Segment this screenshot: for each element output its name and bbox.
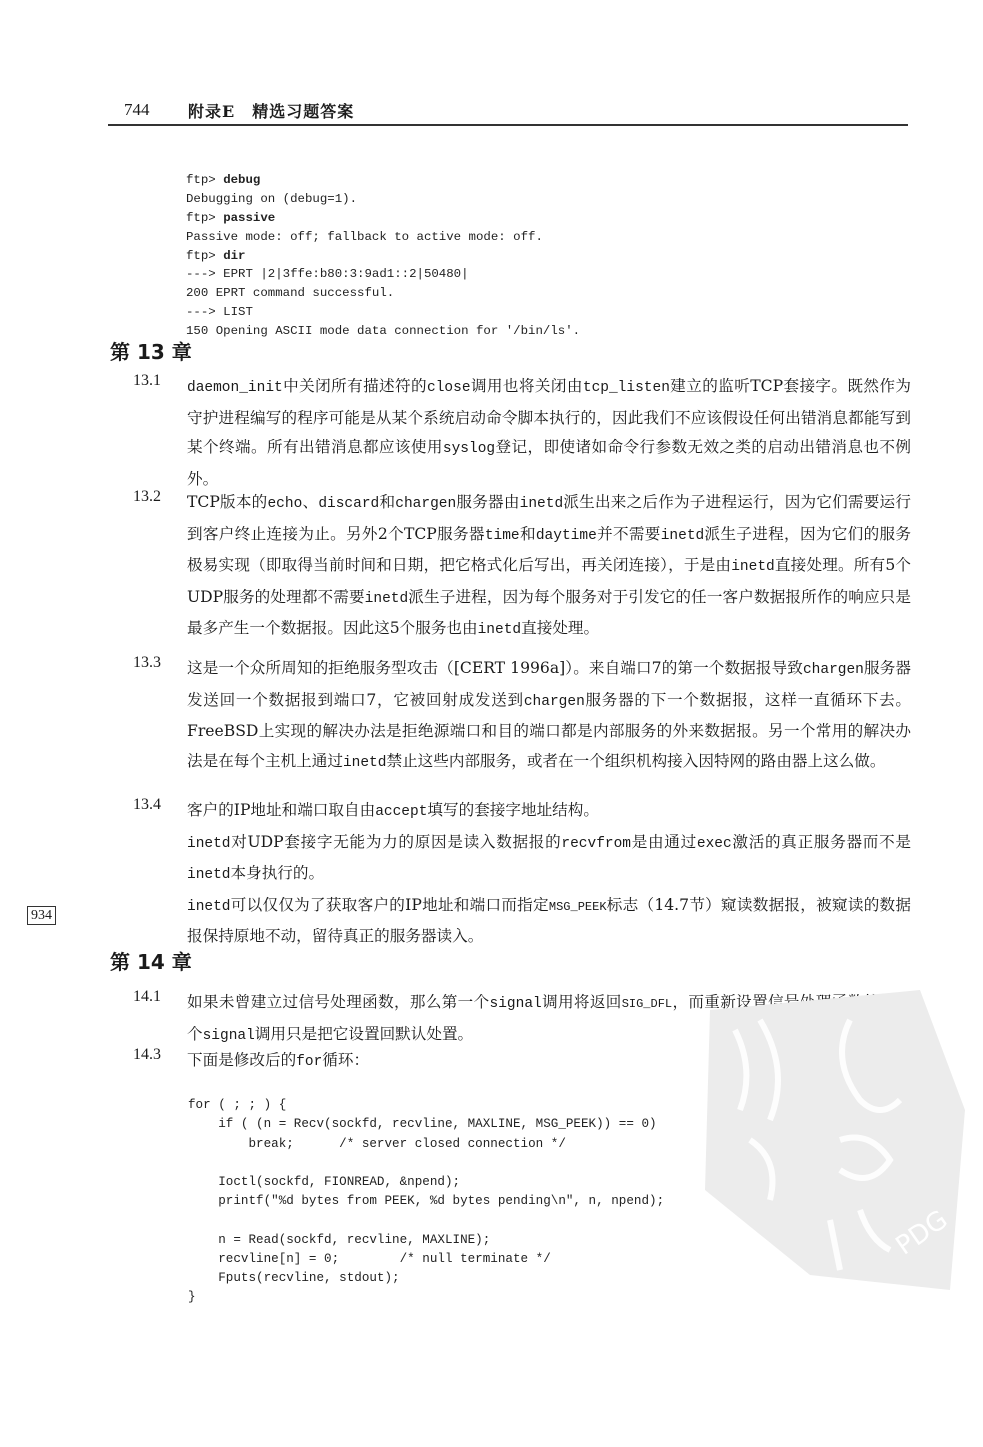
code-line: printf("%d bytes from PEEK, %d bytes pen… <box>188 1194 664 1208</box>
exercise-answer: 下面是修改后的for循环： <box>187 1046 911 1078</box>
code-line: 150 Opening ASCII mode data connection f… <box>186 324 580 338</box>
for-loop-code-listing: for ( ; ; ) { if ( (n = Recv(sockfd, rec… <box>188 1077 664 1307</box>
code-line: n = Read(sockfd, recvline, MAXLINE); <box>188 1233 490 1247</box>
exercise-number: 13.2 <box>133 488 161 506</box>
answer-paragraph: inetd对UDP套接字无能为力的原因是读入数据报的recvfrom是由通过ex… <box>187 828 911 891</box>
code-line: break; /* server closed connection */ <box>188 1137 566 1151</box>
code-line: Debugging on (debug=1). <box>186 192 357 206</box>
running-title: 附录E 精选习题答案 <box>188 99 354 122</box>
original-page-marker: 934 <box>27 906 56 925</box>
exercise-number: 14.1 <box>133 988 161 1006</box>
code-line: for ( ; ; ) { <box>188 1098 286 1112</box>
exercise-number: 14.3 <box>133 1046 161 1064</box>
code-line: ---> LIST <box>186 305 253 319</box>
code-line: ftp> dir <box>186 249 246 263</box>
chapter-heading-14: 第 14 章 <box>110 946 192 975</box>
chapter-heading-13: 第 13 章 <box>110 336 192 365</box>
running-header: 744 附录E 精选习题答案 <box>108 98 908 126</box>
exercise-number: 13.4 <box>133 796 161 814</box>
code-line: ftp> passive <box>186 211 275 225</box>
exercise-answer: 如果未曾建立过信号处理函数，那么第一个signal调用将返回SIG_DFL，而重… <box>187 988 911 1051</box>
code-line: recvline[n] = 0; /* null terminate */ <box>188 1252 551 1266</box>
code-line: ftp> debug <box>186 173 260 187</box>
exercise-answer: TCP版本的echo、discard和chargen服务器由inetd派生出来之… <box>187 488 911 646</box>
code-line: Fputs(recvline, stdout); <box>188 1271 400 1285</box>
exercise-answer: daemon_init中关闭所有描述符的close调用也将关闭由tcp_list… <box>187 372 911 494</box>
code-line: ---> EPRT |2|3ffe:b80:3:9ad1::2|50480| <box>186 267 469 281</box>
code-line: Ioctl(sockfd, FIONREAD, &npend); <box>188 1175 460 1189</box>
svg-text:PDG: PDG <box>890 1205 953 1262</box>
code-line: 200 EPRT command successful. <box>186 286 394 300</box>
answer-paragraph: inetd可以仅仅为了获取客户的IP地址和端口而指定MSG_PEEK标志（14.… <box>187 891 911 952</box>
exercise-answer: 客户的IP地址和端口取自由accept填写的套接字地址结构。 inetd对UDP… <box>187 796 911 952</box>
page-number: 744 <box>124 100 150 120</box>
exercise-number: 13.3 <box>133 654 161 672</box>
code-line: Passive mode: off; fallback to active mo… <box>186 230 543 244</box>
code-line: } <box>188 1290 196 1304</box>
exercise-answer: 这是一个众所周知的拒绝服务型攻击（[CERT 1996a]）。来自端口7的第一个… <box>187 654 911 778</box>
code-line: if ( (n = Recv(sockfd, recvline, MAXLINE… <box>188 1117 657 1131</box>
answer-paragraph: 客户的IP地址和端口取自由accept填写的套接字地址结构。 <box>187 796 911 828</box>
ftp-session-listing: ftp> debug Debugging on (debug=1). ftp> … <box>186 152 580 341</box>
exercise-number: 13.1 <box>133 372 161 390</box>
